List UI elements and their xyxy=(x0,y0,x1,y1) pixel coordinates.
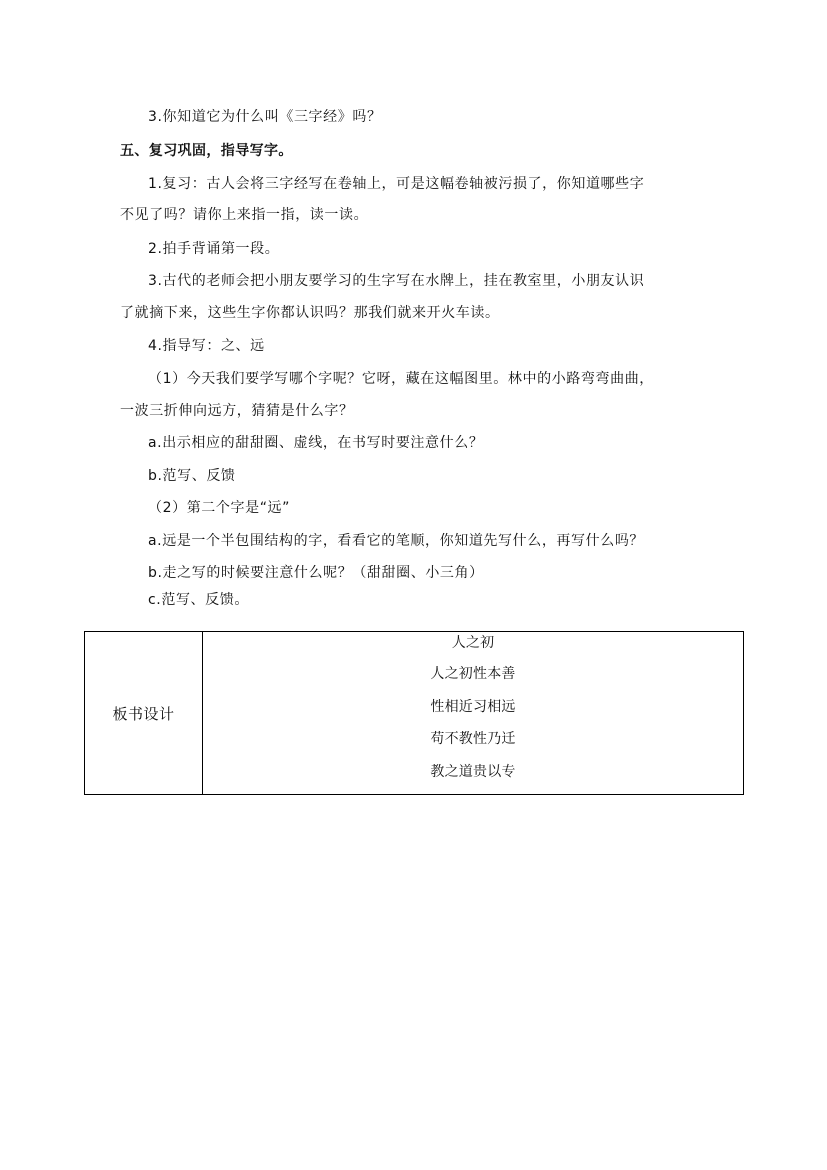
board-design-label: 板书设计 xyxy=(85,632,203,795)
step-4-writing: 4.指导写：之、远 xyxy=(148,337,265,355)
step-3-cards: 3.古代的老师会把小朋友要学习的生字写在水牌上，挂在教室里，小朋友认识 xyxy=(148,272,644,290)
substep-1-cont: 一波三折伸向远方，猜猜是什么字？ xyxy=(120,402,354,420)
board-line: 性相近习相远 xyxy=(203,691,743,724)
board-line: 人之初性本善 xyxy=(203,658,743,691)
board-design-table: 板书设计 人之初 人之初性本善 性相近习相远 苟不教性乃迁 教之道贵以专 xyxy=(84,631,744,795)
board-line: 苟不教性乃迁 xyxy=(203,723,743,756)
board-design-content: 人之初 人之初性本善 性相近习相远 苟不教性乃迁 教之道贵以专 xyxy=(203,632,744,795)
substep-2-a: a.远是一个半包围结构的字，看看它的笔顺，你知道先写什么，再写什么吗？ xyxy=(148,532,644,550)
substep-1: （1）今天我们要学写哪个字呢？它呀，藏在这幅图里。林中的小路弯弯曲曲， xyxy=(148,370,654,388)
substep-2-b: b.走之写的时候要注意什么呢？（甜甜圈、小三角） xyxy=(148,564,484,582)
substep-2-c: c.范写、反馈。 xyxy=(148,591,249,609)
step-2-recite: 2.拍手背诵第一段。 xyxy=(148,240,279,258)
board-line: 教之道贵以专 xyxy=(203,756,743,789)
step-1-review-cont: 不见了吗？请你上来指一指，读一读。 xyxy=(120,206,368,224)
substep-2: （2）第二个字是“远” xyxy=(148,499,290,517)
document-page: 3.你知道它为什么叫《三字经》吗？ 五、复习巩固，指导写字。 1.复习：古人会将… xyxy=(0,0,827,1170)
substep-1-a: a.出示相应的甜甜圈、虚线，在书写时要注意什么？ xyxy=(148,434,483,452)
substep-1-b: b.范写、反馈 xyxy=(148,467,236,485)
question-3: 3.你知道它为什么叫《三字经》吗？ xyxy=(148,108,382,126)
step-1-review: 1.复习：古人会将三字经写在卷轴上，可是这幅卷轴被污损了，你知道哪些字 xyxy=(148,175,644,193)
section-heading: 五、复习巩固，指导写字。 xyxy=(120,142,293,160)
board-line-title: 人之初 xyxy=(203,632,743,658)
step-3-cards-cont: 了就摘下来，这些生字你都认识吗？那我们就来开火车读。 xyxy=(120,304,500,322)
